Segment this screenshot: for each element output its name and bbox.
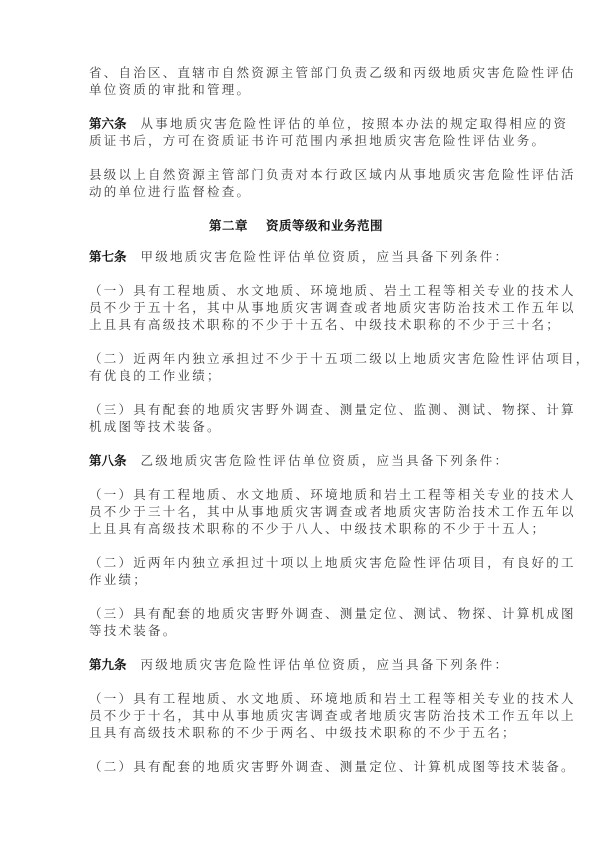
article-9: 第九条丙级地质灾害危险性评估单位资质，应当具备下列条件： xyxy=(89,656,509,673)
text-line: 单位资质的审批和管理。 xyxy=(89,81,509,98)
text-line: 第七条甲级地质灾害危险性评估单位资质，应当具备下列条件： xyxy=(89,248,509,265)
text-line: 第九条丙级地质灾害危险性评估单位资质，应当具备下列条件： xyxy=(89,656,509,673)
text-line: （一）具有工程地质、水文地质、环境地质和岩土工程等相关专业的技术人 xyxy=(89,690,509,707)
article-label: 第六条 xyxy=(89,116,127,131)
text-line: 上且具有高级技术职称的不少于八人、中级技术职称的不少于十五人； xyxy=(89,520,509,537)
text-line: （二）近两年内独立承担过不少于十五项二级以上地质灾害危险性评估项目， xyxy=(89,350,509,367)
article-text: 乙级地质灾害危险性评估单位资质，应当具备下列条件： xyxy=(141,453,510,468)
text-line: （一）具有工程地质、水文地质、环境地质、岩土工程等相关专业的技术人 xyxy=(89,282,509,299)
article-9-item-1: （一）具有工程地质、水文地质、环境地质和岩土工程等相关专业的技术人 员不少于十名… xyxy=(89,690,509,741)
document-page: 省、自治区、直辖市自然资源主管部门负责乙级和丙级地质灾害危险性评估 单位资质的审… xyxy=(0,0,595,841)
text-line: （二）具有配套的地质灾害野外调查、测量定位、计算机成图等技术装备。 xyxy=(89,758,509,775)
article-7-item-2: （二）近两年内独立承担过不少于十五项二级以上地质灾害危险性评估项目， 有优良的工… xyxy=(89,350,509,384)
chapter-title: 资质等级和业务范围 xyxy=(266,218,383,233)
text-line: 上且具有高级技术职称的不少于十五名、中级技术职称的不少于三十名； xyxy=(89,316,509,333)
article-8-item-1: （一）具有工程地质、水文地质、环境地质和岩土工程等相关专业的技术人 员不少于三十… xyxy=(89,486,509,537)
paragraph-county-supervision: 县级以上自然资源主管部门负责对本行政区域内从事地质灾害危险性评估活 动的单位进行… xyxy=(89,166,509,200)
article-7-item-1: （一）具有工程地质、水文地质、环境地质、岩土工程等相关专业的技术人 员不少于五十… xyxy=(89,282,509,333)
article-7: 第七条甲级地质灾害危险性评估单位资质，应当具备下列条件： xyxy=(89,248,509,265)
article-text: 甲级地质灾害危险性评估单位资质，应当具备下列条件： xyxy=(141,249,510,264)
text-line: 省、自治区、直辖市自然资源主管部门负责乙级和丙级地质灾害危险性评估 xyxy=(89,64,509,81)
chapter-heading: 第二章资质等级和业务范围 xyxy=(89,217,503,234)
text-line: 第六条从事地质灾害危险性评估的单位，按照本办法的规定取得相应的资 xyxy=(89,115,509,132)
article-label: 第八条 xyxy=(89,453,127,468)
article-label: 第九条 xyxy=(89,657,127,672)
text-line: 质证书后，方可在资质证书许可范围内承担地质灾害危险性评估业务。 xyxy=(89,132,509,149)
paragraph-provincial-approval: 省、自治区、直辖市自然资源主管部门负责乙级和丙级地质灾害危险性评估 单位资质的审… xyxy=(89,64,509,98)
chapter-number: 第二章 xyxy=(209,218,248,233)
article-text: 从事地质灾害危险性评估的单位，按照本办法的规定取得相应的资 xyxy=(141,116,569,131)
text-line: 员不少于三十名，其中从事地质灾害调查或者地质灾害防治技术工作五年以 xyxy=(89,503,509,520)
text-line: 动的单位进行监督检查。 xyxy=(89,183,509,200)
article-9-item-2: （二）具有配套的地质灾害野外调查、测量定位、计算机成图等技术装备。 xyxy=(89,758,509,775)
text-line: 机成图等技术装备。 xyxy=(89,418,509,435)
text-line: （一）具有工程地质、水文地质、环境地质和岩土工程等相关专业的技术人 xyxy=(89,486,509,503)
article-7-item-3: （三）具有配套的地质灾害野外调查、测量定位、监测、测试、物探、计算 机成图等技术… xyxy=(89,401,509,435)
text-line: 作业绩； xyxy=(89,571,509,588)
text-line: （二）近两年内独立承担过十项以上地质灾害危险性评估项目，有良好的工 xyxy=(89,554,509,571)
text-line: 有优良的工作业绩； xyxy=(89,367,509,384)
text-line: 且具有高级技术职称的不少于两名、中级技术职称的不少于五名； xyxy=(89,724,509,741)
text-line: 员不少于十名，其中从事地质灾害调查或者地质灾害防治技术工作五年以上 xyxy=(89,707,509,724)
text-line: （三）具有配套的地质灾害野外调查、测量定位、监测、测试、物探、计算 xyxy=(89,401,509,418)
article-text: 丙级地质灾害危险性评估单位资质，应当具备下列条件： xyxy=(141,657,510,672)
article-label: 第七条 xyxy=(89,249,127,264)
text-line: 第八条乙级地质灾害危险性评估单位资质，应当具备下列条件： xyxy=(89,452,509,469)
document-body: 省、自治区、直辖市自然资源主管部门负责乙级和丙级地质灾害危险性评估 单位资质的审… xyxy=(89,64,509,792)
text-line: 员不少于五十名，其中从事地质灾害调查或者地质灾害防治技术工作五年以 xyxy=(89,299,509,316)
text-line: 等技术装备。 xyxy=(89,622,509,639)
article-6: 第六条从事地质灾害危险性评估的单位，按照本办法的规定取得相应的资 质证书后，方可… xyxy=(89,115,509,149)
text-line: 县级以上自然资源主管部门负责对本行政区域内从事地质灾害危险性评估活 xyxy=(89,166,509,183)
article-8: 第八条乙级地质灾害危险性评估单位资质，应当具备下列条件： xyxy=(89,452,509,469)
article-8-item-3: （三）具有配套的地质灾害野外调查、测量定位、测试、物探、计算机成图 等技术装备。 xyxy=(89,605,509,639)
text-line: （三）具有配套的地质灾害野外调查、测量定位、测试、物探、计算机成图 xyxy=(89,605,509,622)
article-8-item-2: （二）近两年内独立承担过十项以上地质灾害危险性评估项目，有良好的工 作业绩； xyxy=(89,554,509,588)
